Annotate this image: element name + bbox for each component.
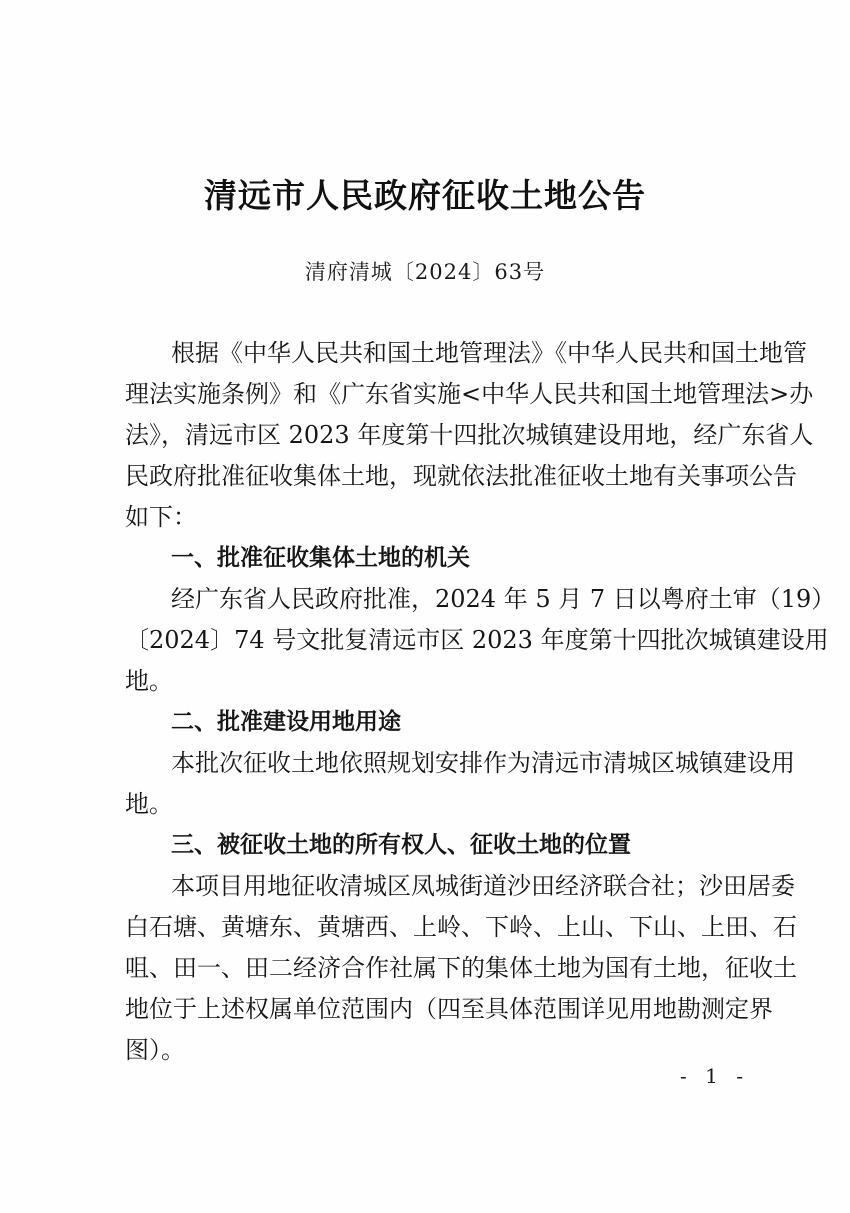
paragraph-line: 地。 — [125, 784, 729, 825]
paragraph-line: 本批次征收土地依照规划安排作为清远市清城区城镇建设用 — [125, 743, 729, 784]
paragraph-line: 民政府批准征收集体土地，现就依法批准征收土地有关事项公告 — [125, 456, 729, 497]
paragraph-line: 理法实施条例》和《广东省实施<中华人民共和国土地管理法>办 — [125, 374, 729, 415]
paragraph-line: 地位于上述权属单位范围内（四至具体范围详见用地勘测定界 — [125, 989, 729, 1030]
paragraph-line: 本项目用地征收清城区凤城街道沙田经济联合社；沙田居委 — [125, 866, 729, 907]
paragraph-line: 根据《中华人民共和国土地管理法》《中华人民共和国土地管 — [125, 333, 729, 374]
section-heading: 二、批准建设用地用途 — [125, 702, 729, 743]
section-heading: 三、被征收土地的所有权人、征收土地的位置 — [125, 825, 729, 866]
paragraph-line: 图）。 — [125, 1030, 729, 1071]
paragraph-line: 经广东省人民政府批准，2024 年 5 月 7 日以粤府土审（19） — [125, 579, 729, 620]
paragraph-line: 咀、田一、田二经济合作社属下的集体土地为国有土地，征收土 — [125, 948, 729, 989]
paragraph-line: 如下： — [125, 497, 729, 538]
document-title: 清远市人民政府征收土地公告 — [0, 170, 850, 217]
document-page: 清远市人民政府征收土地公告 清府清城〔2024〕63号 根据《中华人民共和国土地… — [0, 0, 850, 1213]
paragraph-line: 法》，清远市区 2023 年度第十四批次城镇建设用地，经广东省人 — [125, 415, 729, 456]
section-heading: 一、批准征收集体土地的机关 — [125, 538, 729, 579]
document-body: 根据《中华人民共和国土地管理法》《中华人民共和国土地管 理法实施条例》和《广东省… — [125, 333, 729, 1071]
paragraph-line: 白石塘、黄塘东、黄塘西、上岭、下岭、上山、下山、上田、石 — [125, 907, 729, 948]
paragraph-line: 〔2024〕74 号文批复清远市区 2023 年度第十四批次城镇建设用 — [125, 620, 729, 661]
paragraph-line: 地。 — [125, 661, 729, 702]
page-number: - 1 - — [680, 1064, 749, 1088]
document-number: 清府清城〔2024〕63号 — [0, 256, 850, 286]
